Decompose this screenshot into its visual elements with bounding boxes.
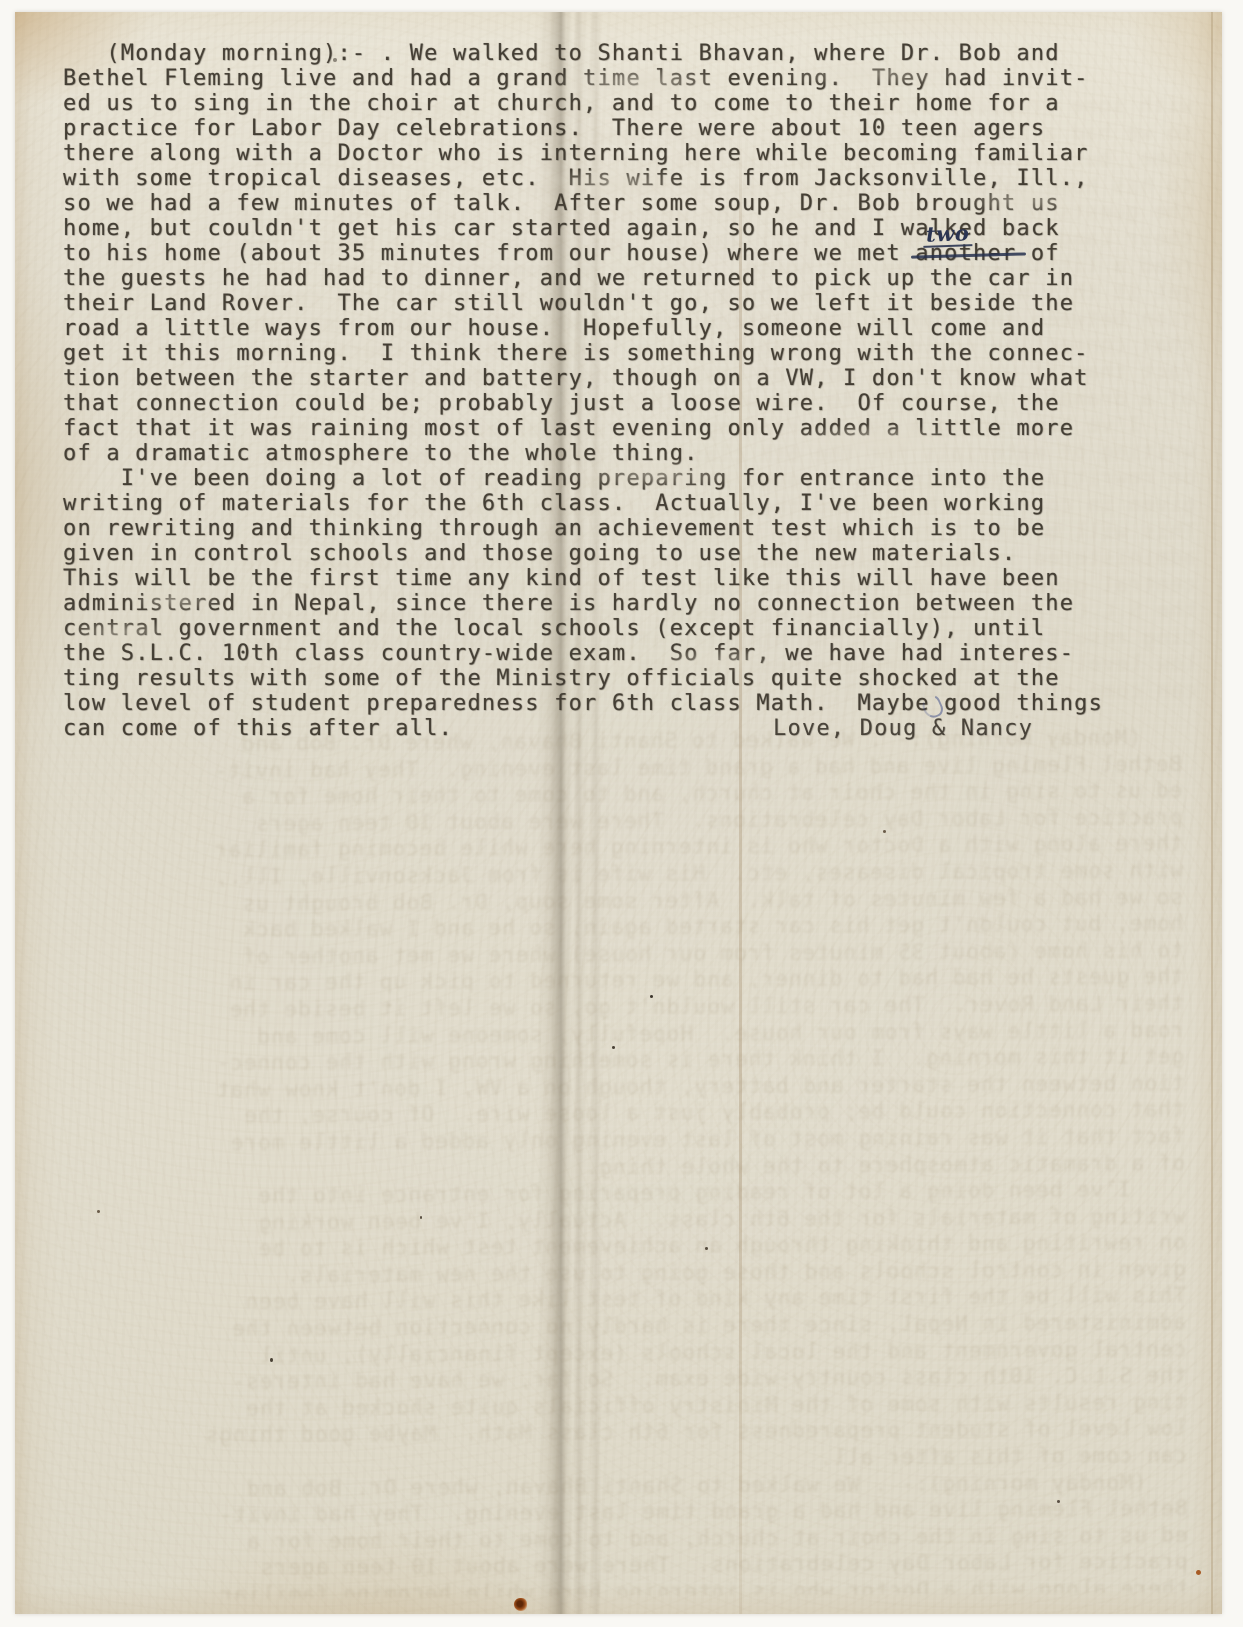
- letter-line: that connection could be; probably just …: [63, 391, 1203, 416]
- letter-line: writing of materials for the 6th class. …: [63, 491, 1203, 516]
- letter-line: I've been doing a lot of reading prepari…: [63, 466, 1203, 491]
- rust-spot: [514, 1598, 527, 1611]
- bleedthrough-text-lower: (Monday morning):- . We walked to Shanti…: [62, 724, 1188, 1600]
- dust-speck: [650, 995, 653, 998]
- letter-line: to his home (about 35 minutes from our h…: [63, 241, 1203, 266]
- letter-line: central government and the local schools…: [63, 616, 1203, 641]
- dust-speck: [420, 1216, 422, 1219]
- letter-line: the S.L.C. 10th class country-wide exam.…: [63, 641, 1203, 666]
- dust-speck: [612, 1046, 615, 1049]
- letter-line: practice for Labor Day celebrations. The…: [63, 116, 1203, 141]
- letter-line: fact that it was raining most of last ev…: [63, 416, 1203, 441]
- letter-line: the guests he had had to dinner, and we …: [63, 266, 1203, 291]
- strikethrough-word: anothertwo: [915, 241, 1016, 266]
- letter-line: road a little ways from our house. Hopef…: [63, 316, 1203, 341]
- letter-line: there along with a Doctor who is interni…: [63, 141, 1203, 166]
- letter-line: ting results with some of the Ministry o…: [63, 666, 1203, 691]
- dust-speck: [270, 1358, 273, 1362]
- letter-line: low level of student preparedness for 6t…: [63, 691, 1203, 716]
- letter-line: ed us to sing in the choir at church, an…: [63, 91, 1203, 116]
- letter-line: given in control schools and those going…: [63, 541, 1203, 566]
- letter-line: (Monday morning):- . We walked to Shanti…: [63, 41, 1203, 66]
- letter-body: (Monday morning):- . We walked to Shanti…: [63, 41, 1203, 741]
- letter-line: so we had a few minutes of talk. After s…: [63, 191, 1203, 216]
- letter-line: get it this morning. I think there is so…: [63, 341, 1203, 366]
- rust-speck: [1196, 1570, 1201, 1575]
- letter-line: tion between the starter and battery, th…: [63, 366, 1203, 391]
- letter-line: Bethel Fleming live and had a grand time…: [63, 66, 1203, 91]
- letter-line: their Land Rover. The car still wouldn't…: [63, 291, 1203, 316]
- letter-page: with some tropical diseases, etc. His wi…: [15, 12, 1222, 1614]
- signature: Love, Doug & Nancy: [773, 716, 1033, 741]
- dust-speck: [883, 830, 886, 833]
- letter-line: with some tropical diseases, etc. His wi…: [63, 166, 1203, 191]
- handwritten-insert: two: [923, 222, 973, 248]
- dust-speck: [1057, 1500, 1060, 1503]
- dust-speck: [705, 1247, 708, 1250]
- ink-speck: [333, 58, 337, 62]
- letter-line: on rewriting and thinking through an ach…: [63, 516, 1203, 541]
- scan-canvas: { "document_kind": "typewritten letter (…: [0, 0, 1243, 1627]
- letter-line: of a dramatic atmosphere to the whole th…: [63, 441, 1203, 466]
- letter-line: administered in Nepal, since there is ha…: [63, 591, 1203, 616]
- letter-line: This will be the first time any kind of …: [63, 566, 1203, 591]
- letter-line: home, but couldn't get his car started a…: [63, 216, 1203, 241]
- right-edge-crease: [1211, 12, 1213, 1614]
- dust-speck: [97, 1210, 100, 1213]
